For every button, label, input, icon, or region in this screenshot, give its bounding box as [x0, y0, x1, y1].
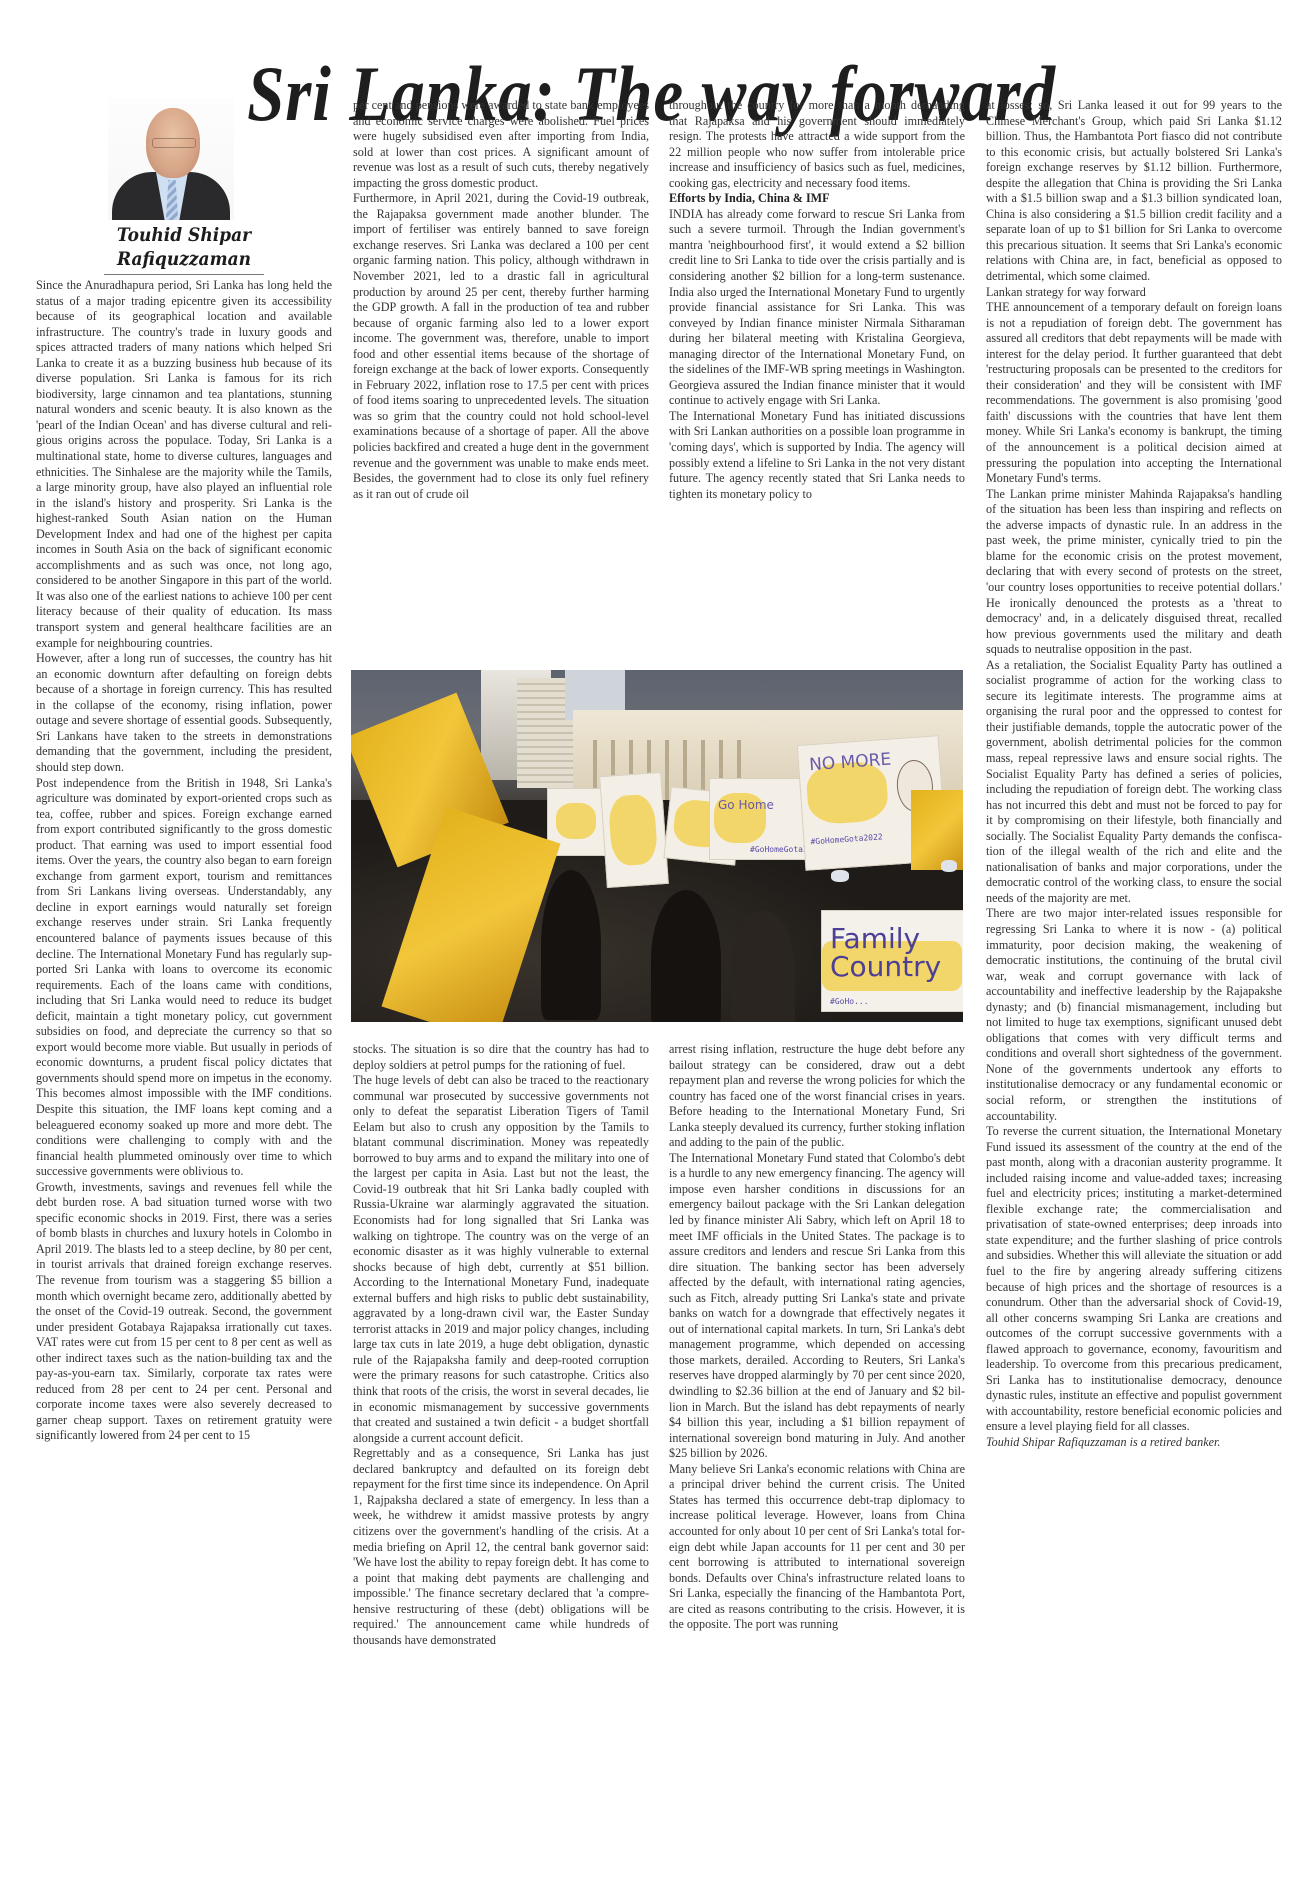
paragraph: Many believe Sri Lanka's economic relati…	[669, 1462, 965, 1633]
placard: Family Country #GoHo...	[821, 910, 963, 1012]
column-2-bottom: stocks. The situation is so dire that th…	[353, 1042, 649, 1648]
column-3-bottom: arrest rising inflation, restructure the…	[669, 1042, 965, 1633]
column-1: Touhid Shipar Rafiquzzaman Since the Anu…	[36, 98, 332, 1444]
paragraph: Growth, investments, savings and revenue…	[36, 1180, 332, 1444]
paragraph: As a retaliation, the Socialist Equality…	[986, 658, 1282, 907]
paragraph: at losses; so, Sri Lanka leased it out f…	[986, 98, 1282, 285]
paragraph: The International Monetary Fund has init…	[669, 409, 965, 502]
paragraph: Regrettably and as a consequence, Sri La…	[353, 1446, 649, 1648]
paragraph: per cent and pensions were awarded to st…	[353, 98, 649, 191]
byline-divider	[104, 274, 264, 275]
author-portrait-icon	[108, 98, 234, 220]
paragraph: THE announcement of a temporary default …	[986, 300, 1282, 487]
column-4: at losses; so, Sri Lanka leased it out f…	[986, 98, 1282, 1451]
paragraph: arrest rising inflation, restructure the…	[669, 1042, 965, 1151]
paragraph: The huge levels of debt can also be trac…	[353, 1073, 649, 1446]
paragraph: Post independence from the British in 19…	[36, 776, 332, 1180]
paragraph: Furthermore, in April 2021, during the C…	[353, 191, 649, 502]
paragraph: The International Monetary Fund stated t…	[669, 1151, 965, 1462]
column-3-top: throughout the country for more than a m…	[669, 98, 965, 502]
paragraph: Since the Anuradhapura period, Sri Lanka…	[36, 278, 332, 651]
column-2-top: per cent and pensions were awarded to st…	[353, 98, 649, 502]
paragraph: However, after a long run of successes, …	[36, 651, 332, 775]
section-subhead: Lankan strategy for way forward	[986, 285, 1282, 301]
flag-icon	[911, 790, 963, 870]
section-subhead: Efforts by India, China & IMF	[669, 191, 965, 207]
author-signoff: Touhid Shipar Rafiquzzaman is a retired …	[986, 1435, 1282, 1451]
author-byline: Touhid Shipar Rafiquzzaman	[48, 224, 320, 272]
paragraph: INDIA has already come forward to rescue…	[669, 207, 965, 409]
paragraph: throughout the country for more than a m…	[669, 98, 965, 191]
paragraph: There are two major inter-related issues…	[986, 906, 1282, 1124]
protest-photo: Go Home #GoHomeGota2022 NO MORE #GoHomeG…	[351, 670, 963, 1022]
paragraph: To reverse the current situation, the In…	[986, 1124, 1282, 1435]
paragraph: The Lankan prime minister Mahinda Rajapa…	[986, 487, 1282, 658]
paragraph: stocks. The situation is so dire that th…	[353, 1042, 649, 1073]
